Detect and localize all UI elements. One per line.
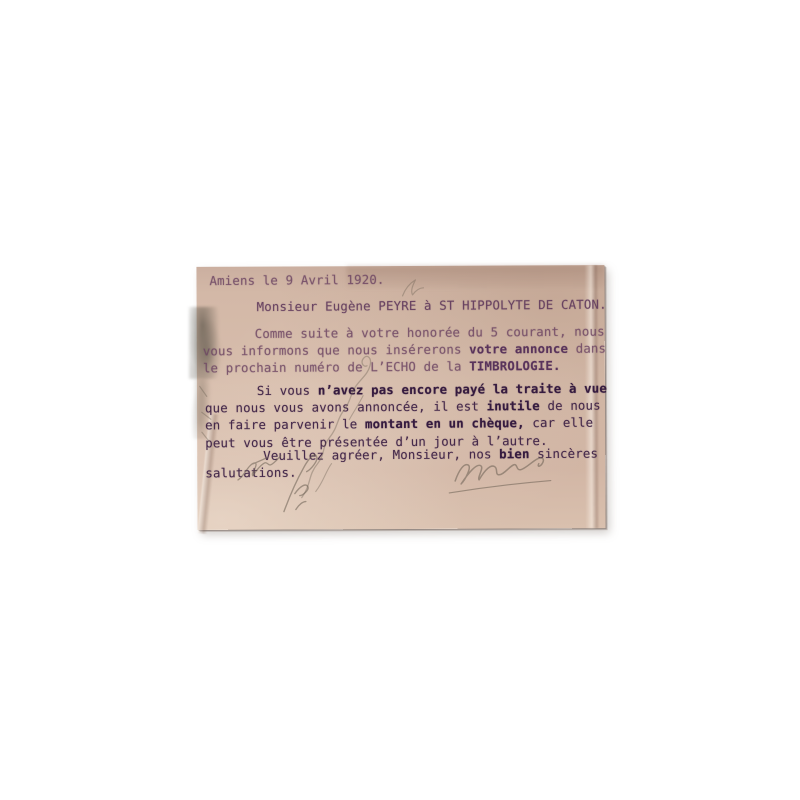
text-segment: Veuillez agréer, Monsieur, nos: [263, 446, 499, 463]
paragraph-payment-notice: Si vous n’avez pas encore payé la traite…: [205, 380, 608, 452]
text-segment: car elle: [525, 415, 594, 430]
paragraph-announcement: Comme suite à votre honorée du 5 courant…: [203, 323, 607, 377]
text-segment-bold: bien: [499, 446, 530, 461]
aging-stain: [346, 265, 604, 288]
addressee-line: Monsieur Eugène PEYRE à ST HIPPOLYTE DE …: [257, 296, 607, 316]
text-segment: vous informons que nous insérerons: [203, 342, 469, 359]
text-segment: salutations.: [205, 465, 296, 481]
scanned-document-background: Amiens le 9 Avril 1920. Monsieur Eugène …: [0, 0, 800, 800]
text-segment-bold: TIMBROLOGIE.: [469, 358, 560, 374]
text-segment-bold: n’avez pas encore payé la traite à vue: [318, 381, 607, 398]
text-segment: en faire parvenir le: [205, 417, 365, 433]
text-segment: dans: [568, 341, 606, 356]
text-segment: Si vous: [257, 383, 318, 398]
text-segment-bold: montant en un chèque,: [365, 416, 525, 432]
typed-line: le prochain numéro de L’ECHO de la TIMBR…: [203, 357, 606, 377]
text-segment: Amiens le 9 Avril 1920.: [209, 272, 384, 288]
text-segment: de nous: [540, 398, 601, 413]
text-segment: le prochain numéro de L’ECHO de la: [203, 359, 469, 376]
closing-salutation: Veuillez agréer, Monsieur, nos bien sinc…: [205, 445, 598, 482]
text-segment-bold: inutile: [487, 398, 540, 413]
date-line: Amiens le 9 Avril 1920.: [209, 271, 384, 289]
text-segment: sincères: [530, 446, 599, 461]
text-segment: Comme suite à votre honorée du 5 courant…: [255, 324, 605, 341]
typed-line: Veuillez agréer, Monsieur, nos bien sinc…: [205, 445, 598, 465]
postcard: Amiens le 9 Avril 1920. Monsieur Eugène …: [196, 265, 605, 530]
text-segment: Monsieur Eugène PEYRE à ST HIPPOLYTE DE …: [257, 297, 607, 314]
typed-line: salutations.: [205, 462, 598, 482]
text-segment-bold: votre annonce: [469, 341, 568, 357]
text-segment: que nous vous avons annoncée, il est: [205, 399, 487, 416]
